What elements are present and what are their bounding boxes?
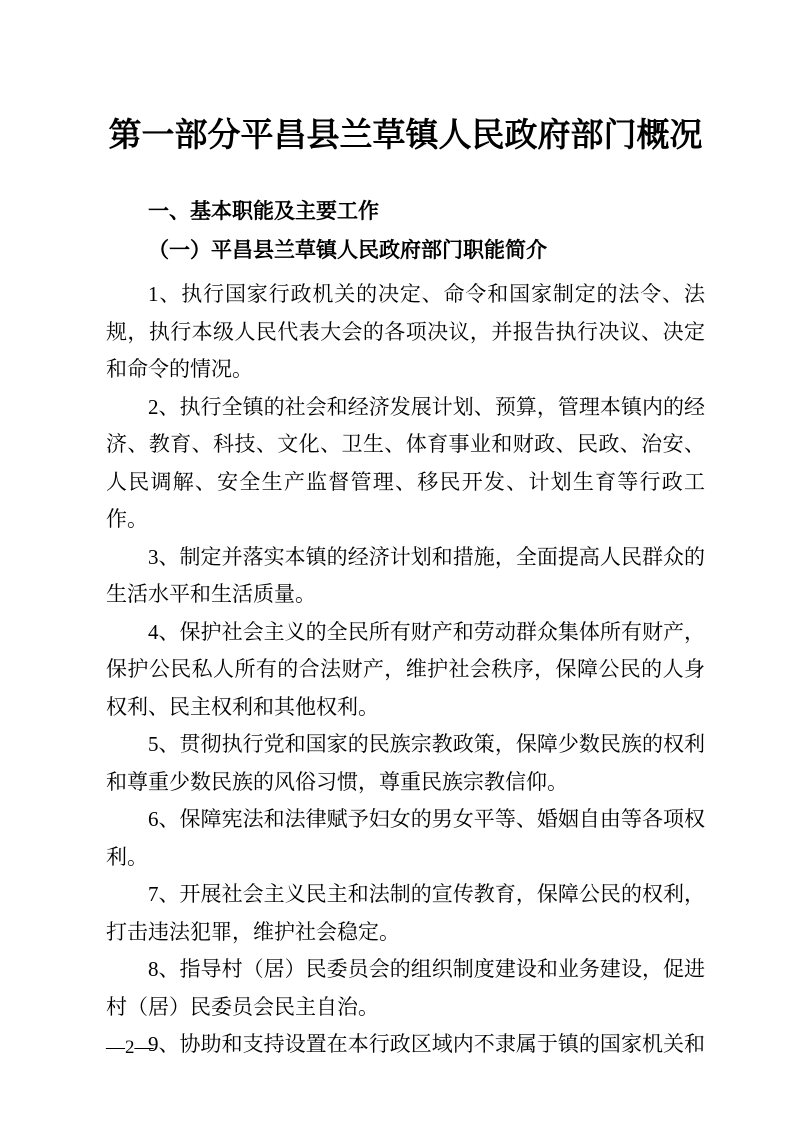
body-paragraph: 6、保障宪法和法律赋予妇女的男女平等、婚姻自由等各项权利。 xyxy=(106,801,705,876)
section-heading: 一、基本职能及主要工作 xyxy=(106,193,705,231)
body-paragraph: 9、协助和支持设置在本行政区域内不隶属于镇的国家机关和 xyxy=(106,1026,705,1064)
body-paragraph: 2、执行全镇的社会和经济发展计划、预算，管理本镇内的经济、教育、科技、文化、卫生… xyxy=(106,389,705,539)
document-title: 第一部分平昌县兰草镇人民政府部门概况 xyxy=(106,0,705,160)
body-paragraph: 7、开展社会主义民主和法制的宣传教育，保障公民的权利，打击违法犯罪，维护社会稳定… xyxy=(106,876,705,951)
paragraph-list: 1、执行国家行政机关的决定、命令和国家制定的法令、法规，执行本级人民代表大会的各… xyxy=(106,276,705,1064)
body-paragraph: 5、贯彻执行党和国家的民族宗教政策，保障少数民族的权利和尊重少数民族的风俗习惯，… xyxy=(106,726,705,801)
body-paragraph: 3、制定并落实本镇的经济计划和措施，全面提高人民群众的生活水平和生活质量。 xyxy=(106,539,705,614)
page-number: —2— xyxy=(106,1036,154,1060)
subsection-heading: （一）平昌县兰草镇人民政府部门职能简介 xyxy=(106,231,705,269)
body-paragraph: 1、执行国家行政机关的决定、命令和国家制定的法令、法规，执行本级人民代表大会的各… xyxy=(106,276,705,389)
page-content: 第一部分平昌县兰草镇人民政府部门概况 一、基本职能及主要工作 （一）平昌县兰草镇… xyxy=(106,0,705,1064)
body-paragraph: 8、指导村（居）民委员会的组织制度建设和业务建设，促进村（居）民委员会民主自治。 xyxy=(106,951,705,1026)
document-page: 第一部分平昌县兰草镇人民政府部门概况 一、基本职能及主要工作 （一）平昌县兰草镇… xyxy=(0,0,793,1122)
body-paragraph: 4、保护社会主义的全民所有财产和劳动群众集体所有财产，保护公民私人所有的合法财产… xyxy=(106,614,705,727)
